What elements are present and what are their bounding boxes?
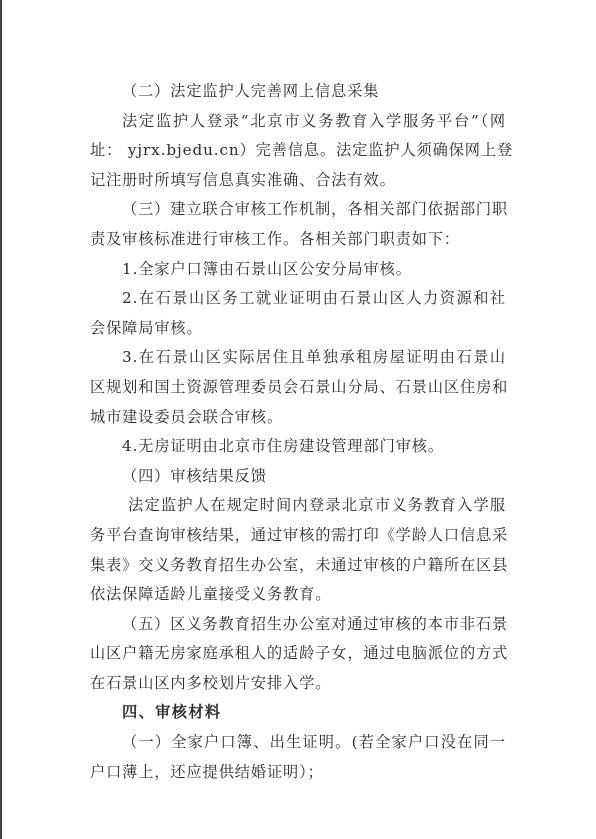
materials-item-1: （一）全家户口簿、出生证明。(若全家户口没在同一: [90, 728, 506, 758]
document-page: （二）法定监护人完善网上信息采集 法定监护人登录“北京市义务教育入学服务平台”（…: [90, 77, 506, 787]
page-left-border: [0, 0, 2, 839]
list-item-2: 2.在石景山区务工就业证明由石景山区人力资源和社: [90, 284, 506, 314]
paragraph-line: 户口薄上，还应提供结婚证明）；: [90, 758, 506, 788]
paragraph-line: 址： yjrx.bjedu.cn）完善信息。法定监护人须确保网上登: [90, 136, 506, 166]
paragraph-line: 法定监护人登录“北京市义务教育入学服务平台”（网: [90, 107, 506, 137]
paragraph-line: 务平台查询审核结果，通过审核的需打印《学龄人口信息采: [90, 521, 506, 551]
paragraph-line: 在石景山区内多校划片安排入学。: [90, 669, 506, 699]
paragraph-line: 依法保障适龄儿童接受义务教育。: [90, 580, 506, 610]
list-item-4: 4.无房证明由北京市住房建设管理部门审核。: [90, 432, 506, 462]
list-item-1: 1.全家户口簿由石景山区公安分局审核。: [90, 255, 506, 285]
paragraph-line: 会保障局审核。: [90, 314, 506, 344]
paragraph-line: 区规划和国土资源管理委员会石景山分局、石景山区住房和: [90, 373, 506, 403]
paragraph-line: 城市建设委员会联合审核。: [90, 403, 506, 433]
paragraph-line: 法定监护人在规定时间内登录北京市义务教育入学服: [90, 491, 506, 521]
section-heading-2: （二）法定监护人完善网上信息采集: [90, 77, 506, 107]
paragraph-line: 责及审核标准进行审核工作。各相关部门职责如下：: [90, 225, 506, 255]
paragraph-line: 山区户籍无房家庭承租人的适龄子女，通过电脑派位的方式: [90, 639, 506, 669]
list-item-3: 3.在石景山区实际居住且单独承租房屋证明由石景山: [90, 343, 506, 373]
section-heading-3: （三）建立联合审核工作机制，各相关部门依据部门职: [90, 195, 506, 225]
section-heading-5: （五）区义务教育招生办公室对通过审核的本市非石景: [90, 610, 506, 640]
section-heading-4: （四）审核结果反馈: [90, 462, 506, 492]
paragraph-line: 集表》交义务教育招生办公室，未通过审核的户籍所在区县: [90, 551, 506, 581]
paragraph-line: 记注册时所填写信息真实准确、合法有效。: [90, 166, 506, 196]
chapter-heading-audit-materials: 四、审核材料: [90, 698, 506, 728]
